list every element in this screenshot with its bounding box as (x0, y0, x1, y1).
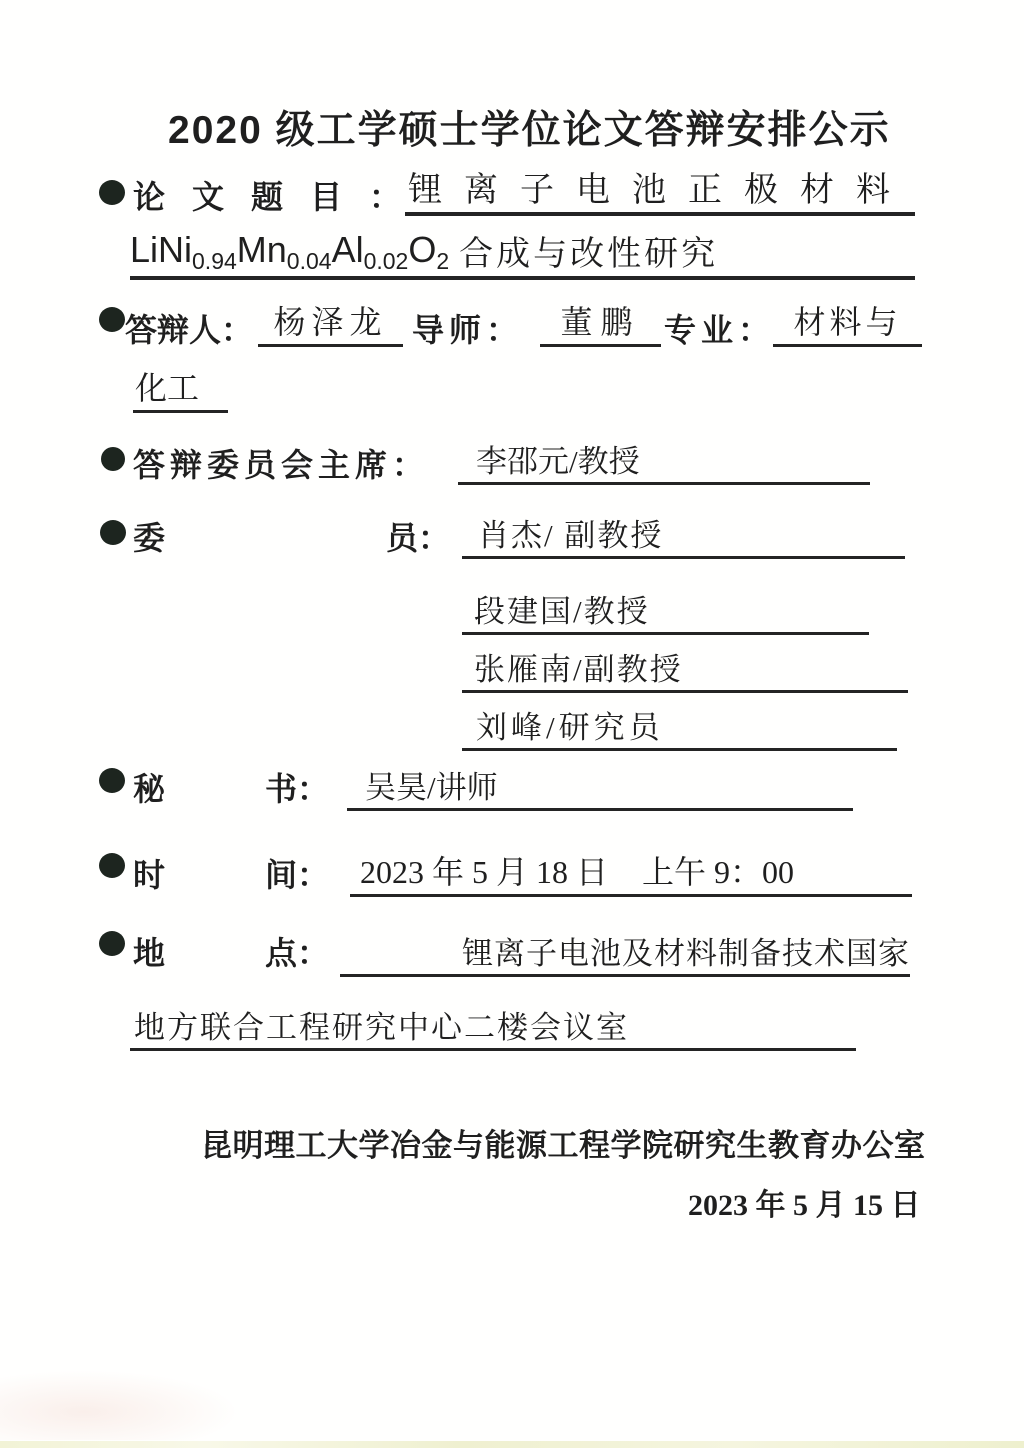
location-label-second: 点： (265, 928, 329, 974)
thesis-title-line2: 合成与改性研究 (459, 226, 718, 275)
advisor-label: 导师： (412, 305, 523, 351)
bullet-icon (100, 520, 126, 545)
bullet-icon (99, 853, 125, 878)
defender-label: 答辩人： (125, 305, 253, 351)
bullet-icon (101, 447, 125, 471)
secretary-value-field: 吴昊/讲师 (347, 762, 853, 811)
committee-member-1: 段建国/教授 (462, 586, 650, 631)
time-label-second: 间： (265, 850, 329, 896)
major-value-line1-field: 材料与 (773, 300, 922, 347)
bullet-icon (99, 768, 125, 793)
footer-office: 昆明理工大学冶金与能源工程学院研究生教育办公室 (201, 1120, 926, 1165)
committee-label-first: 委 (133, 513, 165, 559)
chair-value-field: 李邵元/教授 (458, 438, 870, 485)
committee-member-field: 段建国/教授 (462, 588, 869, 635)
location-line2: 地方联合工程研究中心二楼会议室 (130, 1002, 629, 1047)
bullet-icon (99, 307, 125, 332)
major-value-line2: 化工 (133, 363, 199, 409)
thesis-title-line1-field: 锂离子电池正极材料 (405, 166, 915, 216)
thesis-title-label: 论文题目： (133, 172, 428, 218)
secretary-label-first: 秘 (133, 764, 165, 810)
committee-member-field: 刘峰/研究员 (462, 704, 897, 751)
committee-member-0: 肖杰/ 副教授 (462, 510, 663, 555)
committee-member-2: 张雁南/副教授 (462, 644, 683, 689)
secretary-label-second: 书： (265, 764, 329, 810)
secretary-value: 吴昊/讲师 (347, 762, 498, 807)
major-value-line2-field: 化工 (133, 366, 228, 413)
bullet-icon (99, 931, 125, 956)
location-label-first: 地 (133, 928, 165, 974)
major-value-line1: 材料与 (793, 297, 901, 343)
committee-member-field: 肖杰/ 副教授 (462, 512, 905, 559)
defender-name-field: 杨泽龙 (258, 300, 403, 347)
time-label-first: 时 (133, 850, 165, 896)
bullet-icon (99, 180, 125, 205)
committee-label-second: 员： (386, 513, 450, 559)
major-label: 专业： (664, 305, 775, 351)
scan-smudge-artifact (0, 1370, 240, 1440)
time-value-field: 2023 年 5 月 18 日 上午 9：00 (350, 848, 912, 897)
location-line1: 锂离子电池及材料制备技术国家 (462, 928, 910, 973)
committee-member-3: 刘峰/研究员 (462, 702, 664, 747)
advisor-name-field: 董鹏 (540, 300, 661, 347)
committee-member-field: 张雁南/副教授 (462, 646, 908, 693)
time-date: 2023 年 5 月 18 日 (350, 847, 608, 893)
location-line1-field: 锂离子电池及材料制备技术国家 (340, 928, 910, 977)
location-line2-field: 地方联合工程研究中心二楼会议室 (130, 1002, 856, 1051)
announcement-page: 2020 级工学硕士学位论文答辩安排公示 论文题目： 锂离子电池正极材料 LiN… (0, 0, 1024, 1448)
thesis-title-line2-field: LiNi0.94Mn0.04Al0.02O2 合成与改性研究 (130, 230, 915, 280)
footer-date: 2023 年 5 月 15 日 (688, 1180, 921, 1224)
thesis-title-line1: 锂离子电池正极材料 (408, 162, 912, 211)
thesis-formula: LiNi0.94Mn0.04Al0.02O2 (130, 229, 449, 275)
advisor-name: 董鹏 (560, 297, 640, 343)
page-title: 2020 级工学硕士学位论文答辩安排公示 (168, 99, 891, 155)
defender-name: 杨泽龙 (273, 297, 387, 343)
chair-value: 李邵元/教授 (458, 436, 640, 481)
scan-edge-band-artifact (0, 1441, 1024, 1448)
chair-label: 答辩委员会主席： (133, 440, 429, 486)
time-period: 上午 9：00 (642, 847, 794, 893)
